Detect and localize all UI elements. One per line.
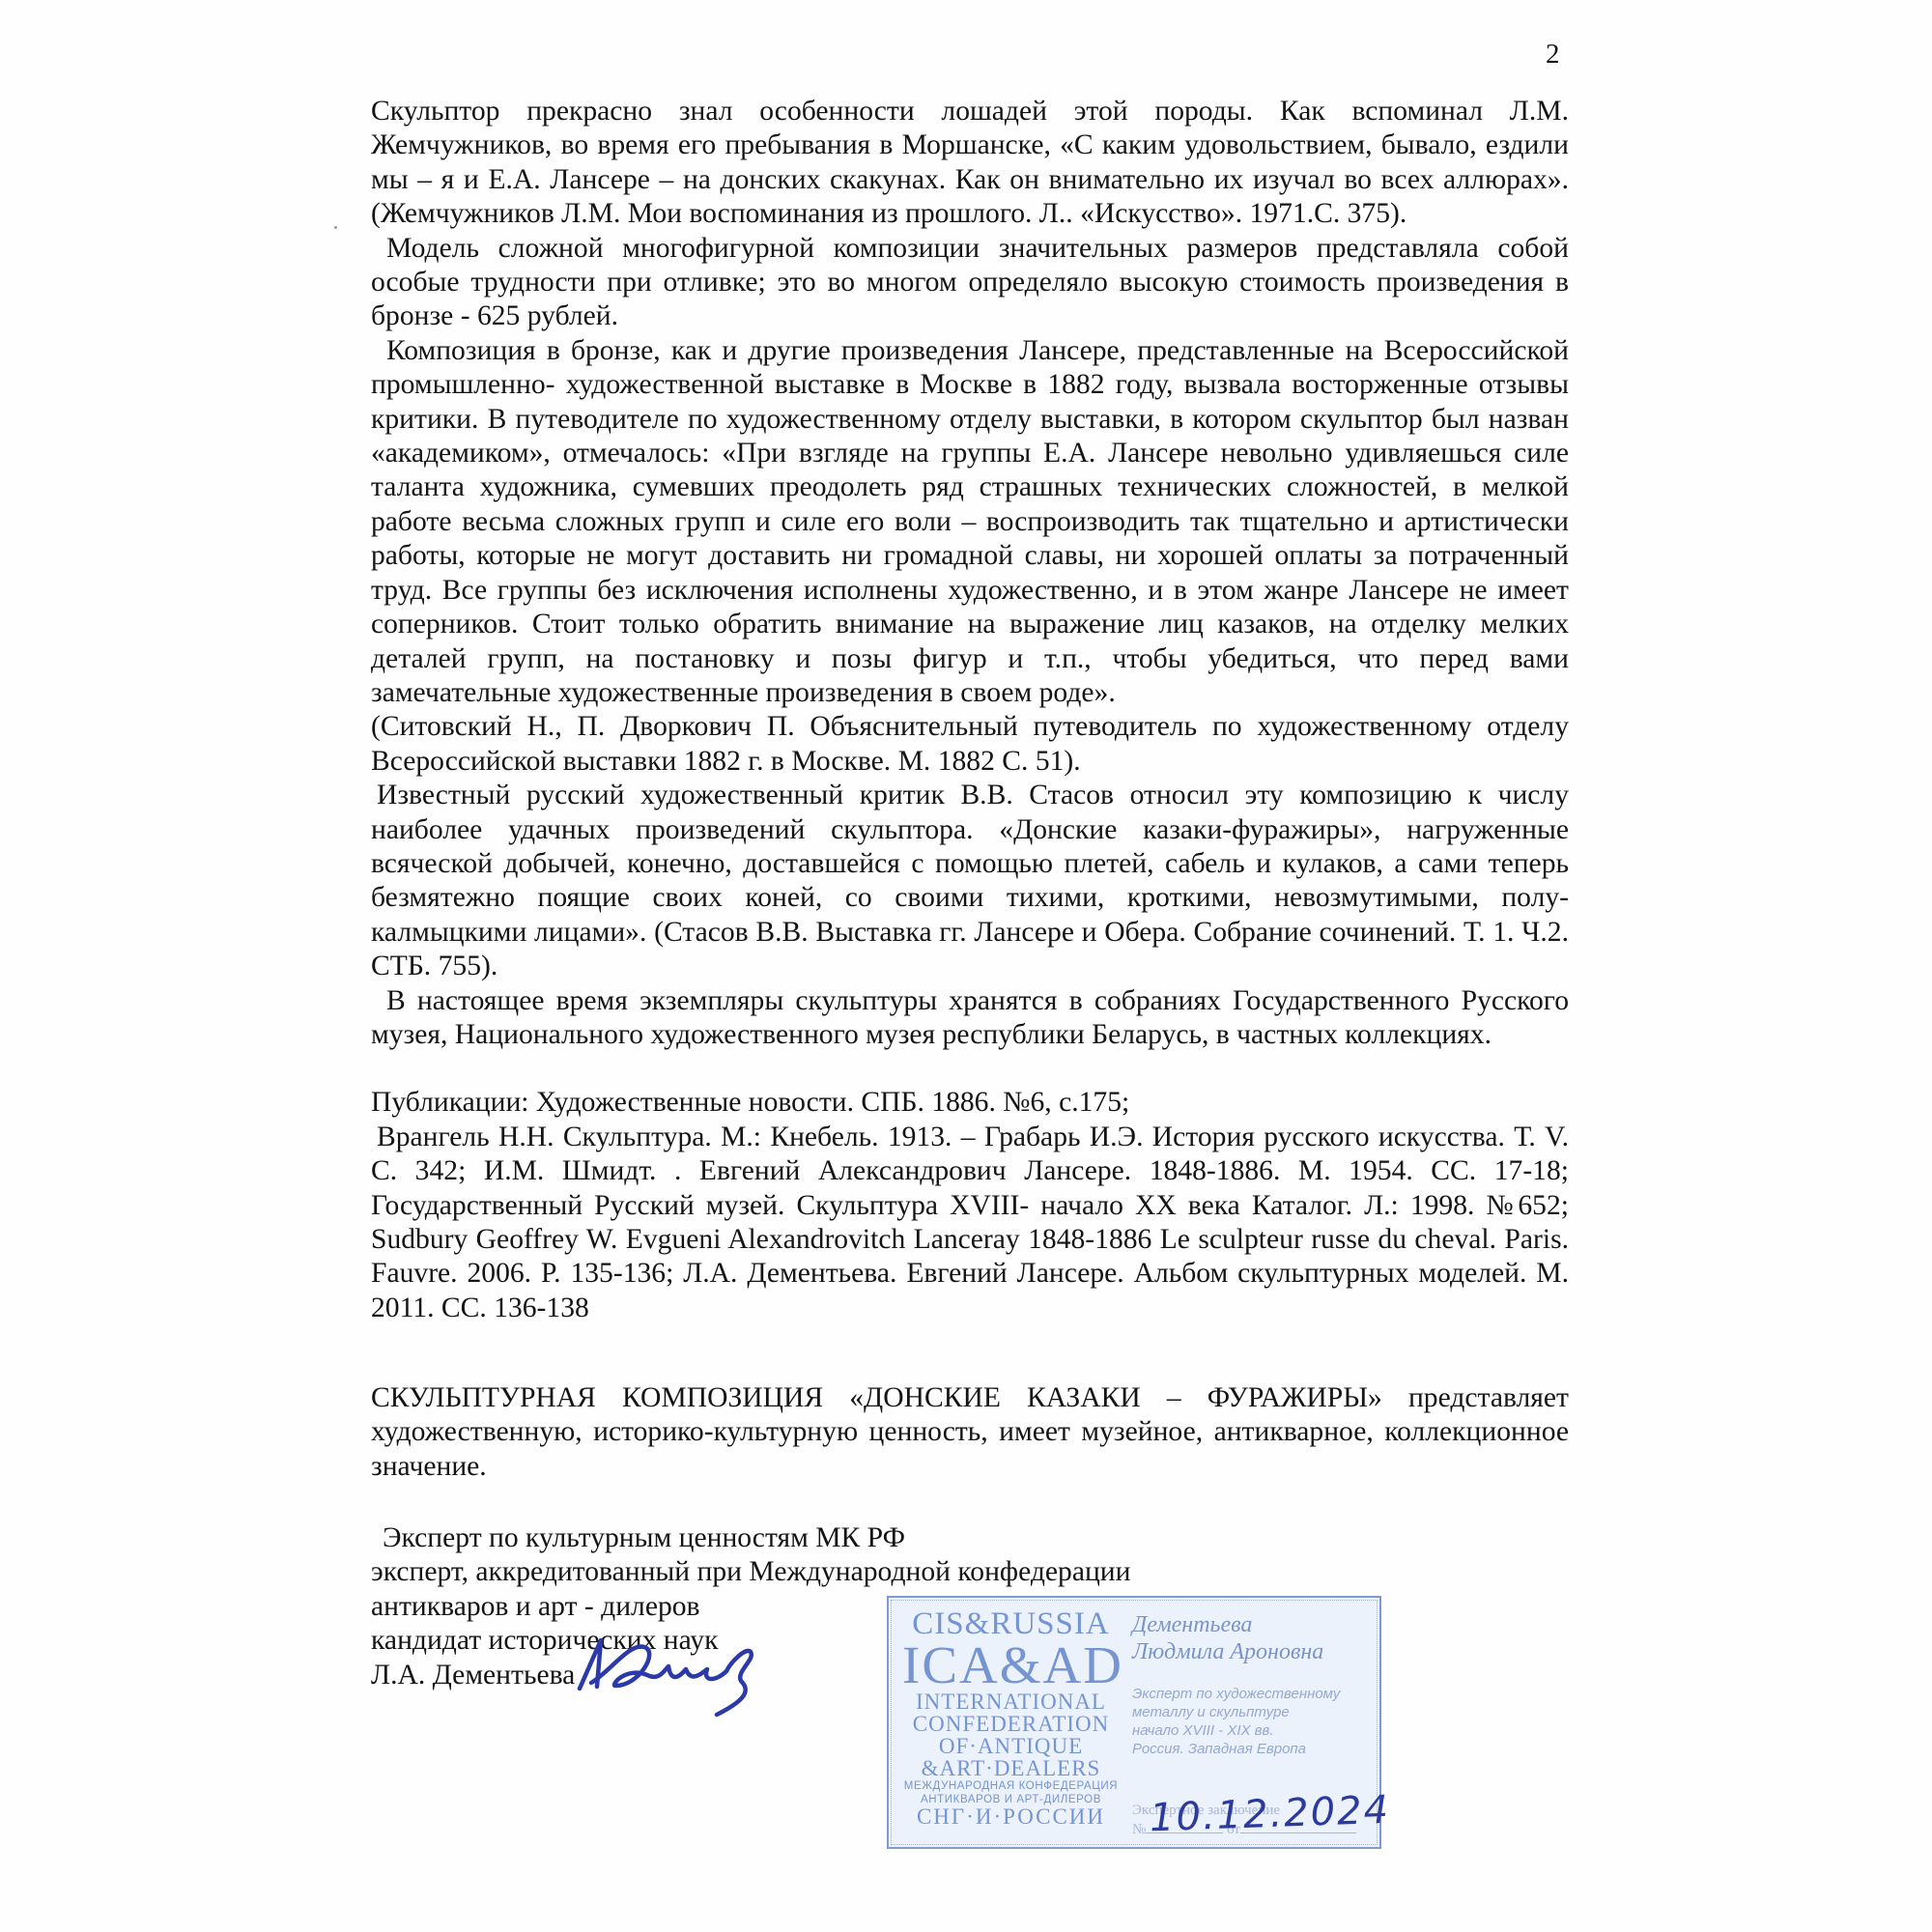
stamp-expert-info: Дементьева Людмила Ароновна Эксперт по х… <box>1132 1611 1374 1758</box>
stamp-spec-line: металлу и скульптуре <box>1132 1703 1374 1721</box>
handwritten-signature <box>572 1633 775 1729</box>
stamp-spec-line: начало XVIII - XIX вв. <box>1132 1721 1374 1740</box>
publications-list: Врангель Н.Н. Скульптура. М.: Кнебель. 1… <box>371 1121 1569 1325</box>
publications-first-line: Публикации: Художественные новости. СПБ.… <box>371 1086 1569 1120</box>
paragraph-exhibition: Композиция в бронзе, как и другие произв… <box>371 334 1569 710</box>
scan-speck <box>334 226 337 229</box>
conclusion-paragraph: СКУЛЬПТУРНАЯ КОМПОЗИЦИЯ «ДОНСКИЕ КАЗАКИ … <box>371 1381 1569 1484</box>
stamp-expert-given-name: Людмила Ароновна <box>1132 1638 1374 1665</box>
stamp-specialization: Эксперт по художественному металлу и ску… <box>1132 1685 1374 1758</box>
stamp-logo-line: CONFEDERATION <box>902 1713 1120 1735</box>
paragraph-model: Модель сложной многофигурной композиции … <box>371 232 1569 334</box>
paragraph-horses: Скульптор прекрасно знал особенности лош… <box>371 95 1569 232</box>
signatory-line-1: Эксперт по культурным ценностям МК РФ <box>371 1521 1130 1555</box>
stamp-logo: CIS&RUSSIA ICA&AD INTERNATIONAL CONFEDER… <box>902 1607 1120 1828</box>
paragraph-stasov: Известный русский художественный критик … <box>371 779 1569 983</box>
stamp-logo-line: &ART·DEALERS <box>902 1757 1120 1779</box>
stamp-logo-line: МЕЖДУНАРОДНАЯ КОНФЕДЕРАЦИЯ <box>902 1779 1120 1793</box>
page-number: 2 <box>1546 39 1560 71</box>
signatory-line-2: эксперт, аккредитованный при Международн… <box>371 1555 1130 1589</box>
paragraph-citation-sitovsky: (Ситовский Н., П. Дворкович П. Объясните… <box>371 710 1569 779</box>
paragraph-collections: В настоящее время экземпляры скульптуры … <box>371 984 1569 1053</box>
stamp-spec-line: Россия. Западная Европа <box>1132 1740 1374 1758</box>
stamp-number-label: № <box>1132 1822 1146 1837</box>
body-text: Скульптор прекрасно знал особенности лош… <box>371 95 1569 1325</box>
document-page: 2 Скульптор прекрасно знал особенности л… <box>0 0 1932 1932</box>
stamp-logo-line: ICA&AD <box>902 1640 1120 1690</box>
stamp-logo-line: INTERNATIONAL <box>902 1690 1120 1713</box>
handwritten-date: 10.12.2024 <box>1149 1788 1390 1841</box>
spacer <box>371 1052 1569 1086</box>
stamp-spec-line: Эксперт по художественному <box>1132 1685 1374 1703</box>
stamp-expert-surname: Дементьева <box>1132 1611 1374 1638</box>
stamp-logo-line: OF·ANTIQUE <box>902 1735 1120 1757</box>
stamp-logo-line: СНГ·И·РОССИИ <box>902 1806 1120 1828</box>
